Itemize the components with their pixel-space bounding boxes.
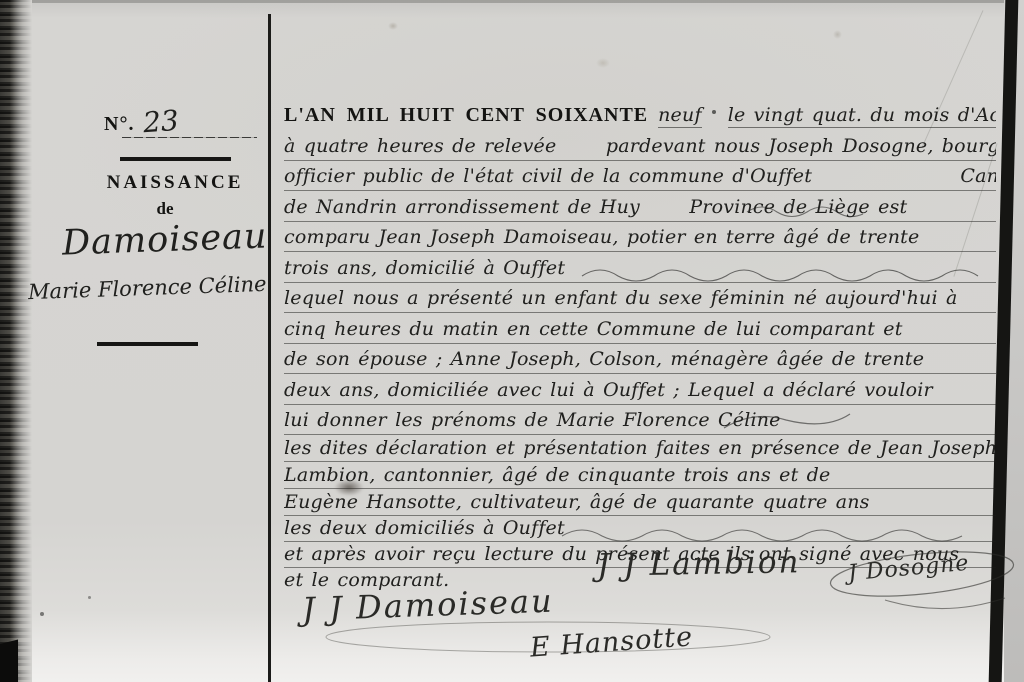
filler-squiggle [745, 200, 865, 218]
signature-flourish-officer [825, 548, 1020, 616]
filler-squiggle [560, 523, 990, 543]
birth-register-page: N°. 23 NAISSANCE de Damoiseau Marie Flor… [0, 0, 1024, 682]
act-number-value: 23 [142, 104, 180, 139]
act-line: L'AN MIL HUIT CENT SOIXANTEneufle vingt … [284, 100, 996, 129]
act-line: officier public de l'état civil de la co… [284, 161, 996, 191]
stain [596, 58, 610, 68]
act-line: lequel nous a présenté un enfant du sexe… [284, 283, 996, 313]
margin-heading-sub: de [60, 199, 270, 219]
margin-given-names: Marie Florence Céline [28, 272, 267, 304]
margin-closing-rule [97, 342, 198, 346]
margin-heading: NAISSANCE [60, 172, 290, 194]
printed-opening: L'AN MIL HUIT CENT SOIXANTE [284, 104, 648, 126]
signature-witness1: J J Lambion [597, 544, 801, 584]
bottom-left-corner-shadow [0, 640, 18, 682]
margin-divider-rule [120, 157, 231, 161]
stain [88, 596, 91, 599]
margin-surname: Damoiseau [61, 216, 268, 263]
act-line: Lambion, cantonnier, âgé de cinquante tr… [284, 461, 996, 489]
act-line: les dites déclaration et présentation fa… [284, 434, 996, 462]
act-number-label: N°. [104, 113, 134, 136]
act-line: comparu Jean Joseph Damoiseau, potier en… [284, 222, 996, 252]
stain [40, 612, 44, 616]
date-fill: le vingt quat. du mois d'Août [728, 104, 996, 128]
filler-squiggle [722, 412, 852, 434]
act-line: deux ans, domiciliée avec lui à Ouffet ;… [284, 375, 996, 405]
act-line: cinq heures du matin en cette Commune de… [284, 314, 996, 344]
filler-squiggle [580, 262, 990, 282]
year-fill: neuf [658, 104, 702, 128]
stain [388, 22, 398, 30]
act-line: Eugène Hansotte, cultivateur, âgé de qua… [284, 488, 996, 516]
act-line: de son épouse ; Anne Joseph, Colson, mén… [284, 344, 996, 374]
margin-divider-line [268, 14, 271, 682]
stain [833, 30, 842, 39]
act-line: de Nandrin arrondissement de Huy Provinc… [284, 192, 996, 222]
signature-flourish-declarant [320, 612, 780, 662]
act-number-underline [122, 137, 257, 138]
top-edge-shadow [0, 0, 1024, 3]
binding-edge [0, 0, 32, 682]
act-line: à quatre heures de relevée pardevant nou… [284, 131, 996, 161]
act-line: lui donner les prénoms de Marie Florence… [284, 405, 996, 435]
